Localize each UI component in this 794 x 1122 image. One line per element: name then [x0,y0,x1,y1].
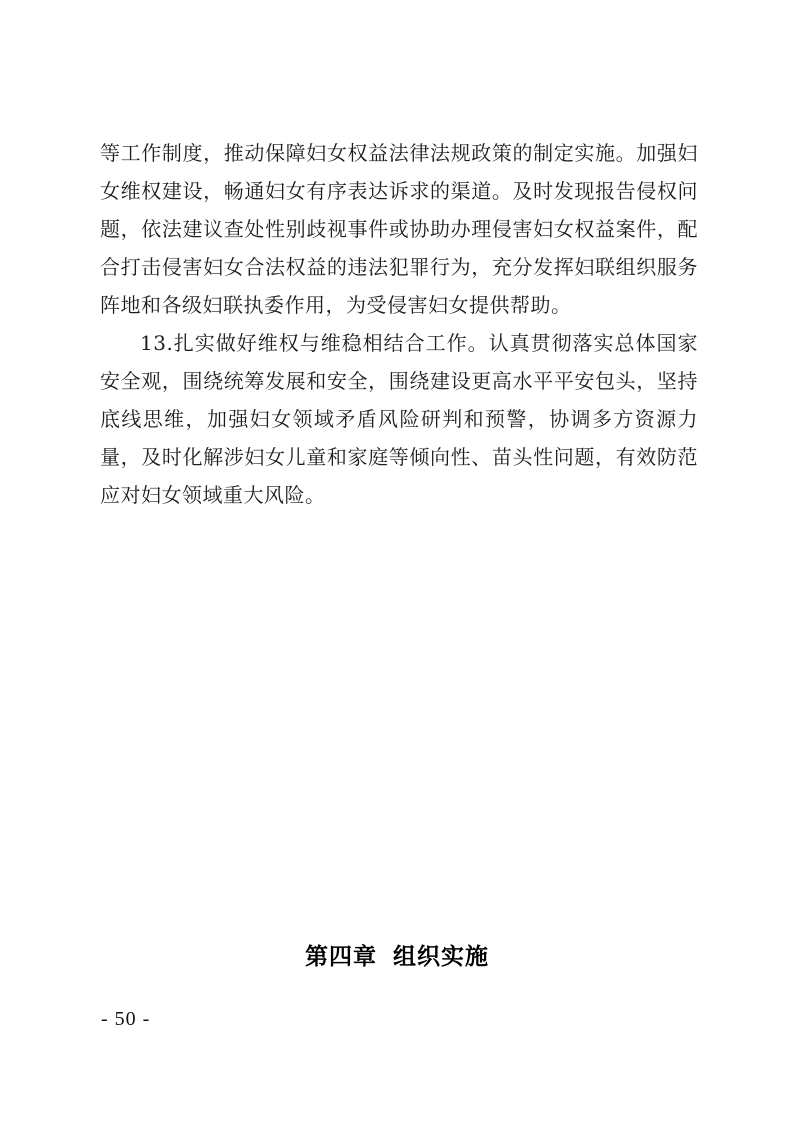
body-text-block: 等工作制度，推动保障妇女权益法律法规政策的制定实施。加强妇女维权建设，畅通妇女有… [100,134,698,514]
paragraph-continuation: 等工作制度，推动保障妇女权益法律法规政策的制定实施。加强妇女维权建设，畅通妇女有… [100,134,698,324]
paragraph-item-13: 13.扎实做好维权与维稳相结合工作。认真贯彻落实总体国家安全观，围绕统筹发展和安… [100,324,698,514]
chapter-heading: 第四章 组织实施 [0,938,794,971]
document-page: 等工作制度，推动保障妇女权益法律法规政策的制定实施。加强妇女维权建设，畅通妇女有… [0,0,794,1122]
page-number: - 50 - [101,1008,150,1031]
